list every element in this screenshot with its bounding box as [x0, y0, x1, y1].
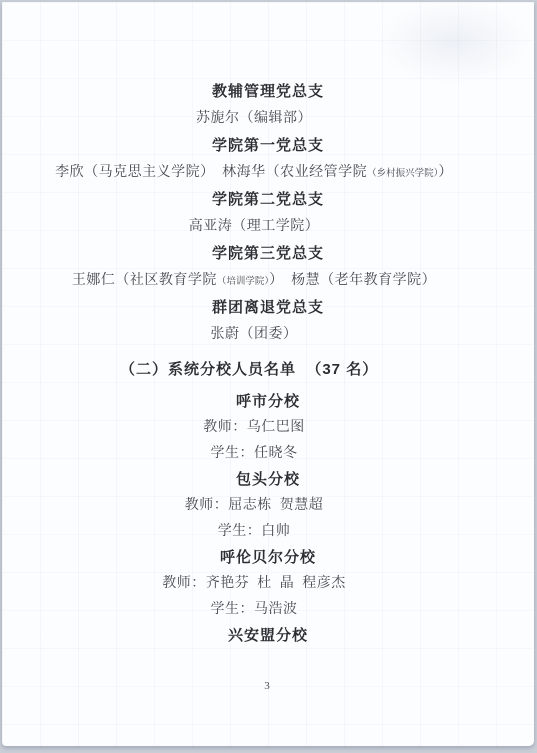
branch-heading-jiaofu: 教辅管理党总支 — [2, 83, 534, 100]
member-line: 苏旎尔（编辑部） — [2, 110, 520, 127]
member-line: 李欣（马克思主义学院） 林海华（农业经管学院（乡村振兴学院）） — [2, 164, 520, 181]
school-heading-hushi: 呼市分校 — [2, 393, 534, 410]
member-line: 张蔚（团委） — [2, 326, 520, 343]
inline-small-note: （培训学院） — [217, 277, 269, 287]
inline-text: 王娜仁（社区教育学院 — [72, 273, 217, 288]
member-line: 王娜仁（社区教育学院（培训学院）） 杨慧（老年教育学院） — [2, 272, 520, 289]
student-line: 学生：白帅 — [2, 523, 520, 540]
student-line: 学生：马浩波 — [2, 601, 520, 618]
teacher-line: 教师：齐艳芬 杜 晶 程彦杰 — [2, 575, 520, 592]
section-title: （二）系统分校人员名单 （37 名） — [2, 361, 534, 378]
inline-small-note: （乡村振兴学院） — [367, 169, 438, 179]
inline-text: ） 杨慧（老年教育学院） — [269, 273, 436, 288]
member-line: 高亚涛（理工学院） — [2, 218, 520, 235]
document-content: 教辅管理党总支苏旎尔（编辑部）学院第一党总支李欣（马克思主义学院） 林海华（农业… — [2, 2, 534, 644]
school-heading-hulunbeier: 呼伦贝尔分校 — [2, 549, 534, 566]
teacher-line: 教师：乌仁巴图 — [2, 419, 520, 436]
school-heading-xinganmeng: 兴安盟分校 — [2, 627, 534, 644]
document-canvas: 教辅管理党总支苏旎尔（编辑部）学院第一党总支李欣（马克思主义学院） 林海华（农业… — [0, 0, 537, 753]
teacher-line: 教师：屈志栋 贺慧超 — [2, 497, 520, 514]
inline-text: ） — [438, 165, 453, 180]
school-heading-baotou: 包头分校 — [2, 471, 534, 488]
branch-heading-disan: 学院第三党总支 — [2, 245, 534, 262]
inline-text: 李欣（马克思主义学院） 林海华（农业经管学院 — [55, 165, 367, 180]
branch-heading-diyi: 学院第一党总支 — [2, 137, 534, 154]
branch-heading-quntuan: 群团离退党总支 — [2, 299, 534, 316]
page-number: 3 — [2, 680, 532, 692]
student-line: 学生：任晓冬 — [2, 445, 520, 462]
branch-heading-dier: 学院第二党总支 — [2, 191, 534, 208]
document-page: 教辅管理党总支苏旎尔（编辑部）学院第一党总支李欣（马克思主义学院） 林海华（农业… — [2, 2, 534, 746]
